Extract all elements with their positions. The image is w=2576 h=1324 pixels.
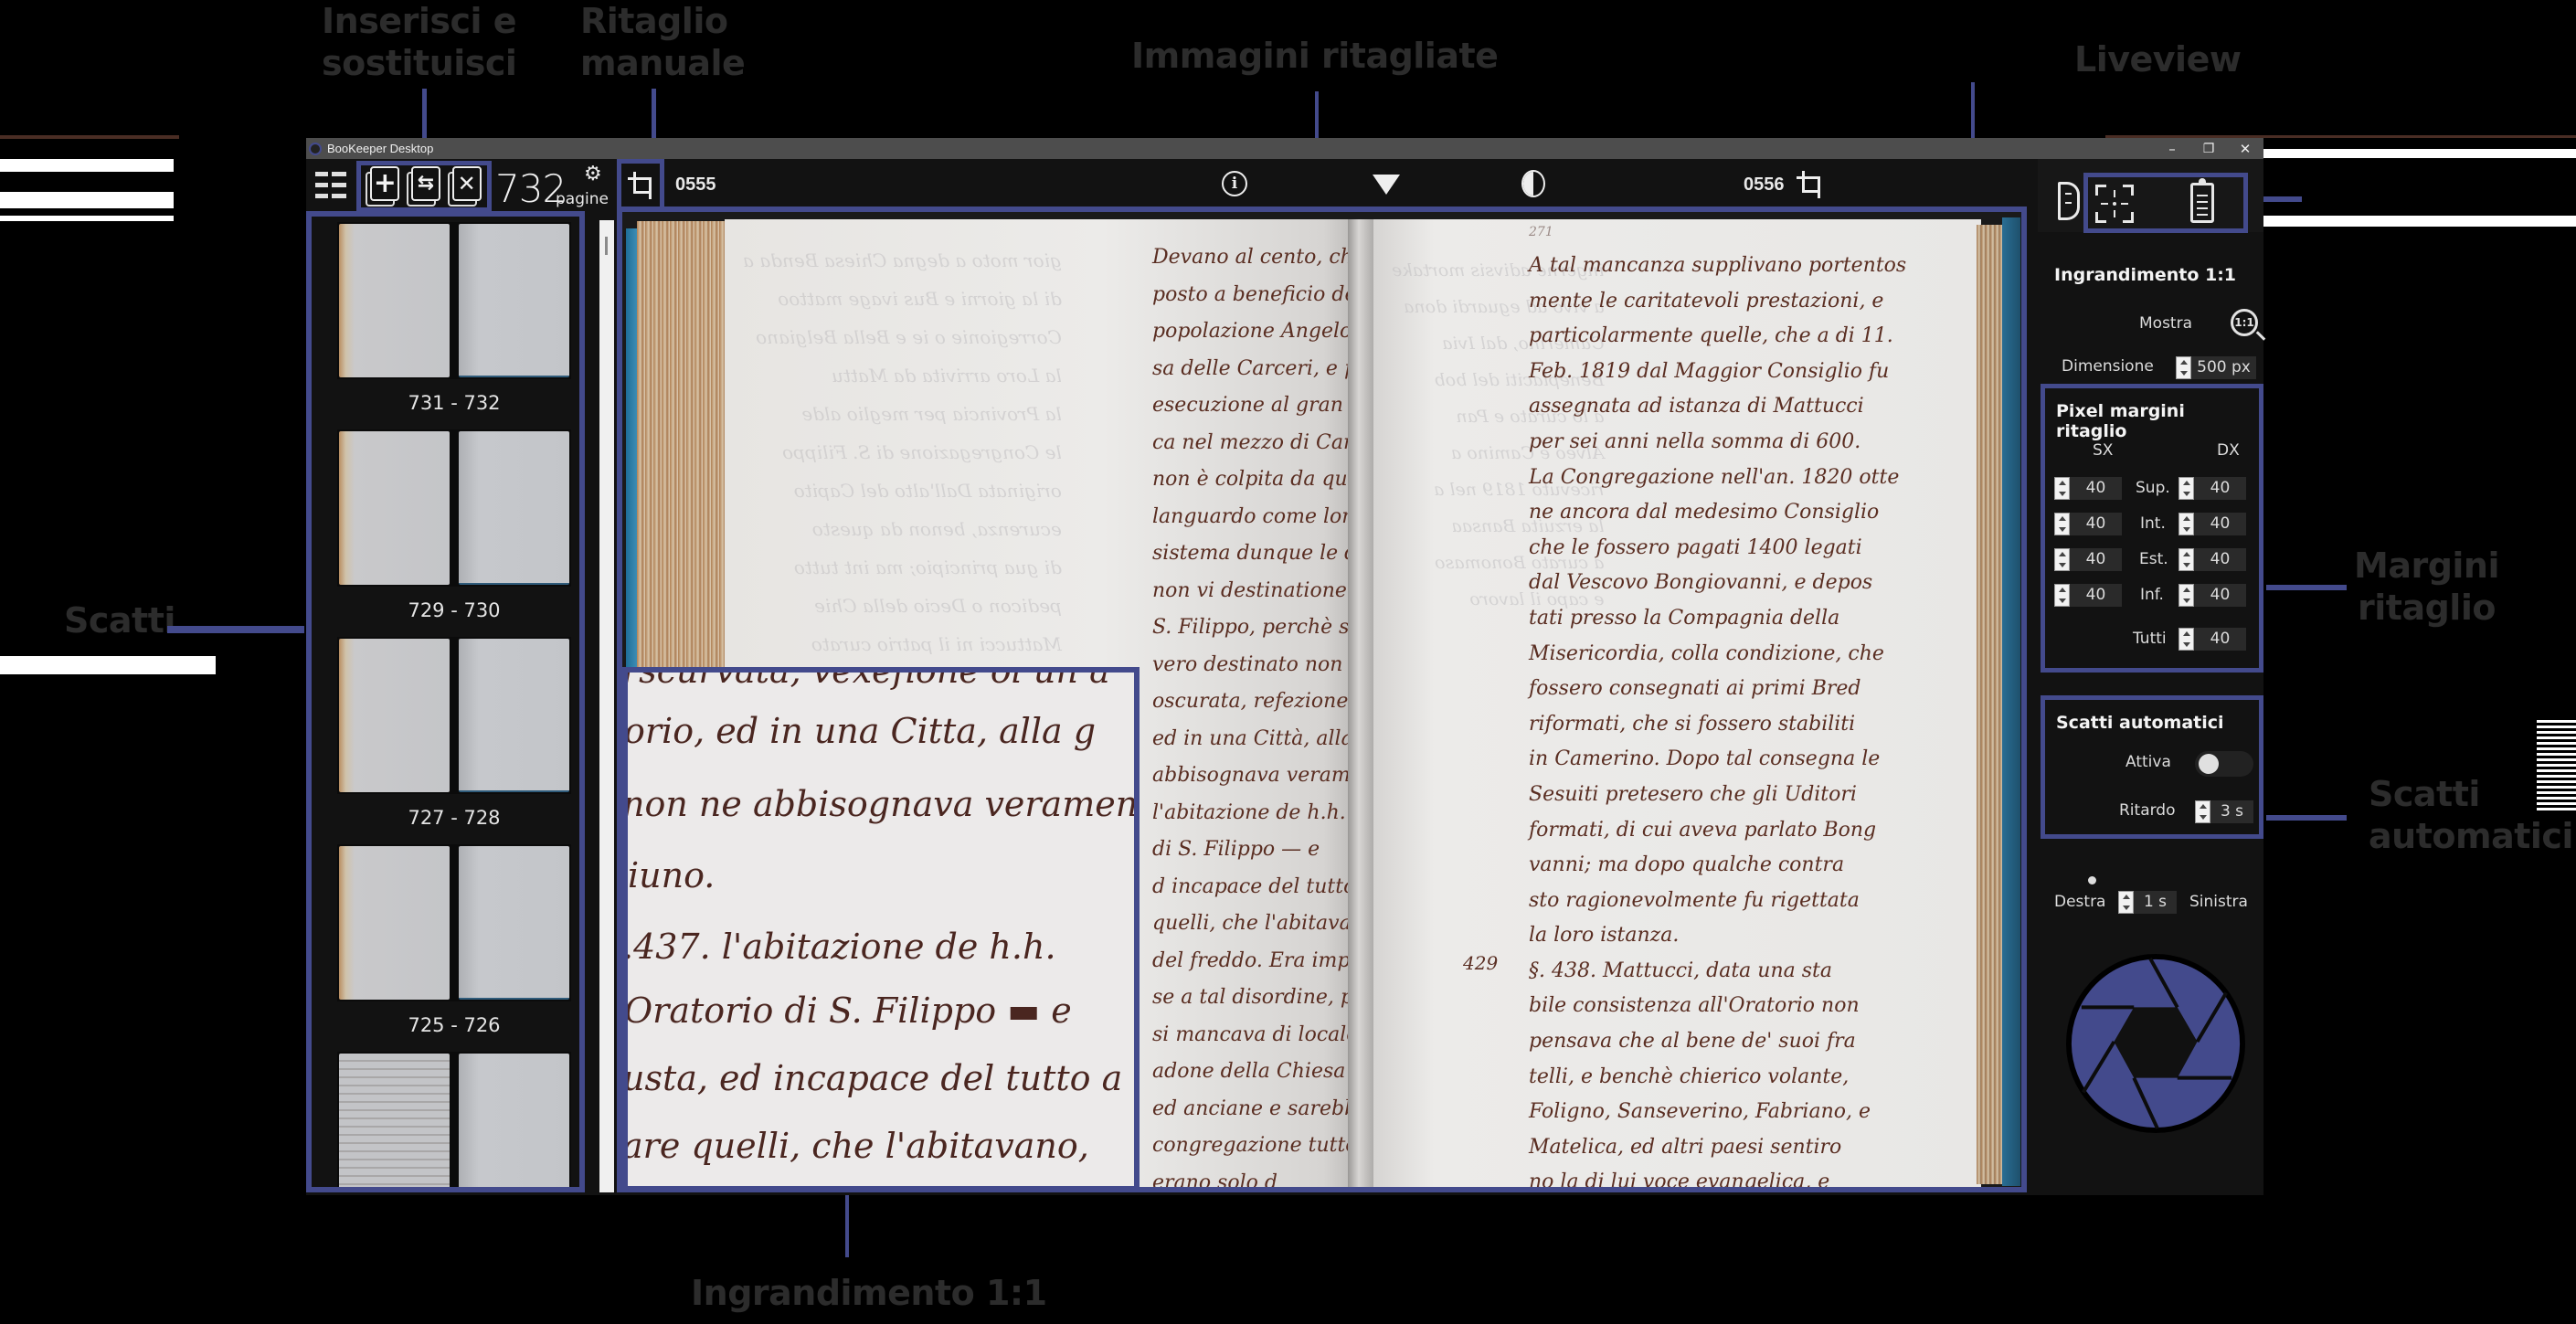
margin-left-est-spinbox[interactable]: 40 xyxy=(2054,548,2122,571)
auto-shots-section: Scatti automatici Attiva Ritardo 3 s xyxy=(2041,695,2263,839)
liveview-group xyxy=(2083,173,2248,233)
thumbnail-item[interactable] xyxy=(337,1052,571,1192)
right-toolbar xyxy=(2038,159,2263,232)
all-margins-spinbox[interactable]: 40 xyxy=(2178,628,2246,651)
delay-label: Ritardo xyxy=(2119,801,2176,820)
page-count-label: pagine xyxy=(556,190,609,208)
window-title: BooKeeper Desktop xyxy=(327,142,433,155)
magnified-text-line: iuno. xyxy=(628,855,715,895)
shutter-button-icon[interactable] xyxy=(2065,953,2246,1134)
callout-cropped-images: Immagini ritagliate xyxy=(1131,35,1498,77)
delete-page-button[interactable]: ✕ xyxy=(448,166,482,207)
decorative-stripe xyxy=(0,192,174,208)
zoom-section: Ingrandimento 1:1 Mostra 1:1 Dimensione … xyxy=(2043,250,2261,374)
callout-line xyxy=(845,1190,849,1257)
magnified-text-line: are quelli, che l'abitavano, xyxy=(622,1126,1089,1166)
callout-text: automatici xyxy=(2369,815,2573,857)
right-page: ingerne adivsis mortake a vivo ad eguard… xyxy=(1373,219,1981,1190)
thumbnail-list: 731 - 732 729 - 730 727 - 728 725 - 726 xyxy=(306,211,585,1192)
left-label: Sinistra xyxy=(2189,893,2248,911)
thumbnail-item[interactable]: 731 - 732 xyxy=(337,222,571,414)
thumbnail-label: 727 - 728 xyxy=(337,807,571,829)
decorative-stripe xyxy=(0,216,174,221)
margin-right-est-spinbox[interactable]: 40 xyxy=(2178,548,2246,571)
callout-text: Inserisci e xyxy=(322,0,516,42)
thumbnail-label: 731 - 732 xyxy=(337,392,571,414)
right-column-header: DX xyxy=(2217,441,2240,460)
thumbnail-label: 725 - 726 xyxy=(337,1014,571,1036)
shutter-section: Destra 1 s Sinistra xyxy=(2043,865,2261,1167)
callout-manual-crop: Ritaglio manuale xyxy=(580,0,745,84)
magnified-text-line: .437. l'abitazione de h.h. xyxy=(622,927,1056,967)
callout-zoom-1to1: Ingrandimento 1:1 xyxy=(691,1272,1047,1314)
menu-grid-icon[interactable] xyxy=(315,172,346,199)
single-page-icon[interactable] xyxy=(2058,182,2080,220)
minimize-button[interactable]: – xyxy=(2154,138,2190,159)
callout-line xyxy=(167,626,304,633)
active-label: Attiva xyxy=(2125,753,2171,771)
x-icon: ✕ xyxy=(452,166,482,201)
right-panel: Ingrandimento 1:1 Mostra 1:1 Dimensione … xyxy=(2038,159,2263,1195)
manual-crop-left-button[interactable] xyxy=(617,159,664,212)
size-spinbox[interactable]: 500 px xyxy=(2176,356,2256,379)
zoom-1to1-overlay: rscurvata, vexefione ol un a orio, ed in… xyxy=(622,667,1140,1192)
magnified-text-line: non ne abbisognava veramen xyxy=(622,784,1138,824)
swap-arrows-icon: ⇆ xyxy=(411,166,440,201)
margin-left-inf-spinbox[interactable]: 40 xyxy=(2054,584,2122,607)
crop-margins-section: Pixel margini ritaglio SX DX 40 Sup. 40 … xyxy=(2041,384,2263,673)
magnified-text-line: usta, ed incapace del tutto a xyxy=(622,1058,1122,1098)
callout-shots-left: Scatti xyxy=(64,599,175,641)
thumbnail-image xyxy=(337,1052,571,1192)
clipboard-icon[interactable] xyxy=(2190,183,2214,223)
app-logo-icon xyxy=(309,143,322,155)
auto-shots-title: Scatti automatici xyxy=(2056,713,2224,733)
margin-row-label: Inf. xyxy=(2140,586,2164,604)
right-frame-number: 0556 xyxy=(1744,175,1785,196)
decorative-stripe xyxy=(0,656,216,674)
scrollbar-thumb[interactable] xyxy=(605,237,608,255)
callout-line xyxy=(2263,196,2302,202)
callout-line xyxy=(2266,585,2347,590)
indicator-dot xyxy=(2088,876,2096,884)
callout-text: Margini xyxy=(2354,545,2499,587)
thumbnail-image xyxy=(337,637,571,794)
thumbnail-image xyxy=(337,222,571,379)
replace-page-button[interactable]: ⇆ xyxy=(407,166,441,207)
margin-left-int-spinbox[interactable]: 40 xyxy=(2054,513,2122,535)
decorative-stripe xyxy=(0,135,179,139)
margin-right-int-spinbox[interactable]: 40 xyxy=(2178,513,2246,535)
callout-text: manuale xyxy=(580,42,745,84)
gear-icon[interactable]: ⚙ xyxy=(584,164,602,185)
crop-icon xyxy=(628,172,653,199)
callout-crop-margins: Margini ritaglio xyxy=(2354,545,2499,629)
left-frame-number: 0555 xyxy=(675,175,716,196)
callout-text: Ritaglio xyxy=(580,0,745,42)
center-toolbar: 0555 i 0556 xyxy=(617,159,2024,211)
left-toolbar: + ⇆ ✕ 732 pagine ⚙ xyxy=(306,159,608,211)
left-column-header: SX xyxy=(2093,441,2113,460)
size-label: Dimensione xyxy=(2062,357,2154,376)
contrast-icon[interactable] xyxy=(1521,170,1545,197)
thumbnail-item[interactable]: 729 - 730 xyxy=(337,429,571,621)
close-button[interactable]: ✕ xyxy=(2227,138,2263,159)
magnified-text-line: Oratorio di S. Filippo ▬ e xyxy=(624,990,1072,1031)
interval-spinbox[interactable]: 1 s xyxy=(2118,891,2177,914)
callout-text: ritaglio xyxy=(2354,587,2499,629)
magnified-text-line: orio, ed in una Citta, alla g xyxy=(624,711,1096,751)
thumbnail-image xyxy=(337,429,571,587)
folio-number: 271 xyxy=(1529,225,1553,239)
thumbnail-image xyxy=(337,844,571,1001)
crop-icon xyxy=(1797,171,1822,198)
margin-row-label: Int. xyxy=(2140,514,2166,533)
handwritten-text: A tal mancanza supplivano portentos ment… xyxy=(1529,249,1906,1192)
margins-section-title: Pixel margini ritaglio xyxy=(2056,401,2259,441)
zoom-section-title: Ingrandimento 1:1 xyxy=(2054,265,2236,285)
maximize-button[interactable]: ❐ xyxy=(2190,138,2227,159)
triangle-down-icon[interactable] xyxy=(1373,175,1400,195)
decorative-stripe xyxy=(0,159,174,172)
callout-liveview: Liveview xyxy=(2074,38,2241,80)
thumbnail-label: 729 - 730 xyxy=(337,599,571,621)
all-margins-label: Tutti xyxy=(2133,630,2167,648)
info-icon[interactable]: i xyxy=(1222,171,1247,196)
thumbnail-scrollbar[interactable] xyxy=(599,220,614,1192)
thumbnail-item[interactable]: 727 - 728 xyxy=(337,637,571,829)
spinner-arrows-icon[interactable] xyxy=(2176,356,2191,379)
show-label: Mostra xyxy=(2139,314,2192,333)
size-value[interactable]: 500 px xyxy=(2191,356,2256,379)
magnified-text-line: rscurvata, vexefione ol un a xyxy=(622,667,1110,691)
app-window: BooKeeper Desktop – ❐ ✕ + ⇆ ✕ 732 pa xyxy=(306,138,2263,1195)
right-label: Destra xyxy=(2054,893,2105,911)
margin-row-label: Sup. xyxy=(2136,479,2170,497)
callout-line xyxy=(2266,815,2347,821)
cropped-image-view[interactable]: gior moto a degna Chiesa Benda a di la g… xyxy=(617,207,2027,1192)
plus-icon: + xyxy=(370,166,399,201)
callout-insert-replace: Inserisci e sostituisci xyxy=(322,0,516,84)
thumbnail-item[interactable]: 725 - 726 xyxy=(337,844,571,1036)
margin-right-sup-spinbox[interactable]: 40 xyxy=(2178,477,2246,500)
bleedthrough-text: gior moto a degna Chiesa Benda a di la g… xyxy=(743,241,1062,663)
insert-replace-group: + ⇆ ✕ xyxy=(356,161,492,212)
insert-page-button[interactable]: + xyxy=(366,166,400,207)
liveview-focus-icon[interactable] xyxy=(2095,185,2134,223)
margin-row-label: Est. xyxy=(2139,550,2168,568)
manual-crop-right-button[interactable] xyxy=(1791,166,1828,203)
title-bar: BooKeeper Desktop – ❐ ✕ xyxy=(306,138,2263,159)
decorative-stripe xyxy=(2537,720,2576,811)
auto-shots-toggle[interactable] xyxy=(2195,751,2253,777)
margin-note: 429 xyxy=(1463,952,1498,974)
callout-text: sostituisci xyxy=(322,42,516,84)
margin-right-inf-spinbox[interactable]: 40 xyxy=(2178,584,2246,607)
delay-spinbox[interactable]: 3 s xyxy=(2195,800,2253,823)
zoom-1to1-icon[interactable]: 1:1 xyxy=(2231,309,2258,336)
margin-left-sup-spinbox[interactable]: 40 xyxy=(2054,477,2122,500)
